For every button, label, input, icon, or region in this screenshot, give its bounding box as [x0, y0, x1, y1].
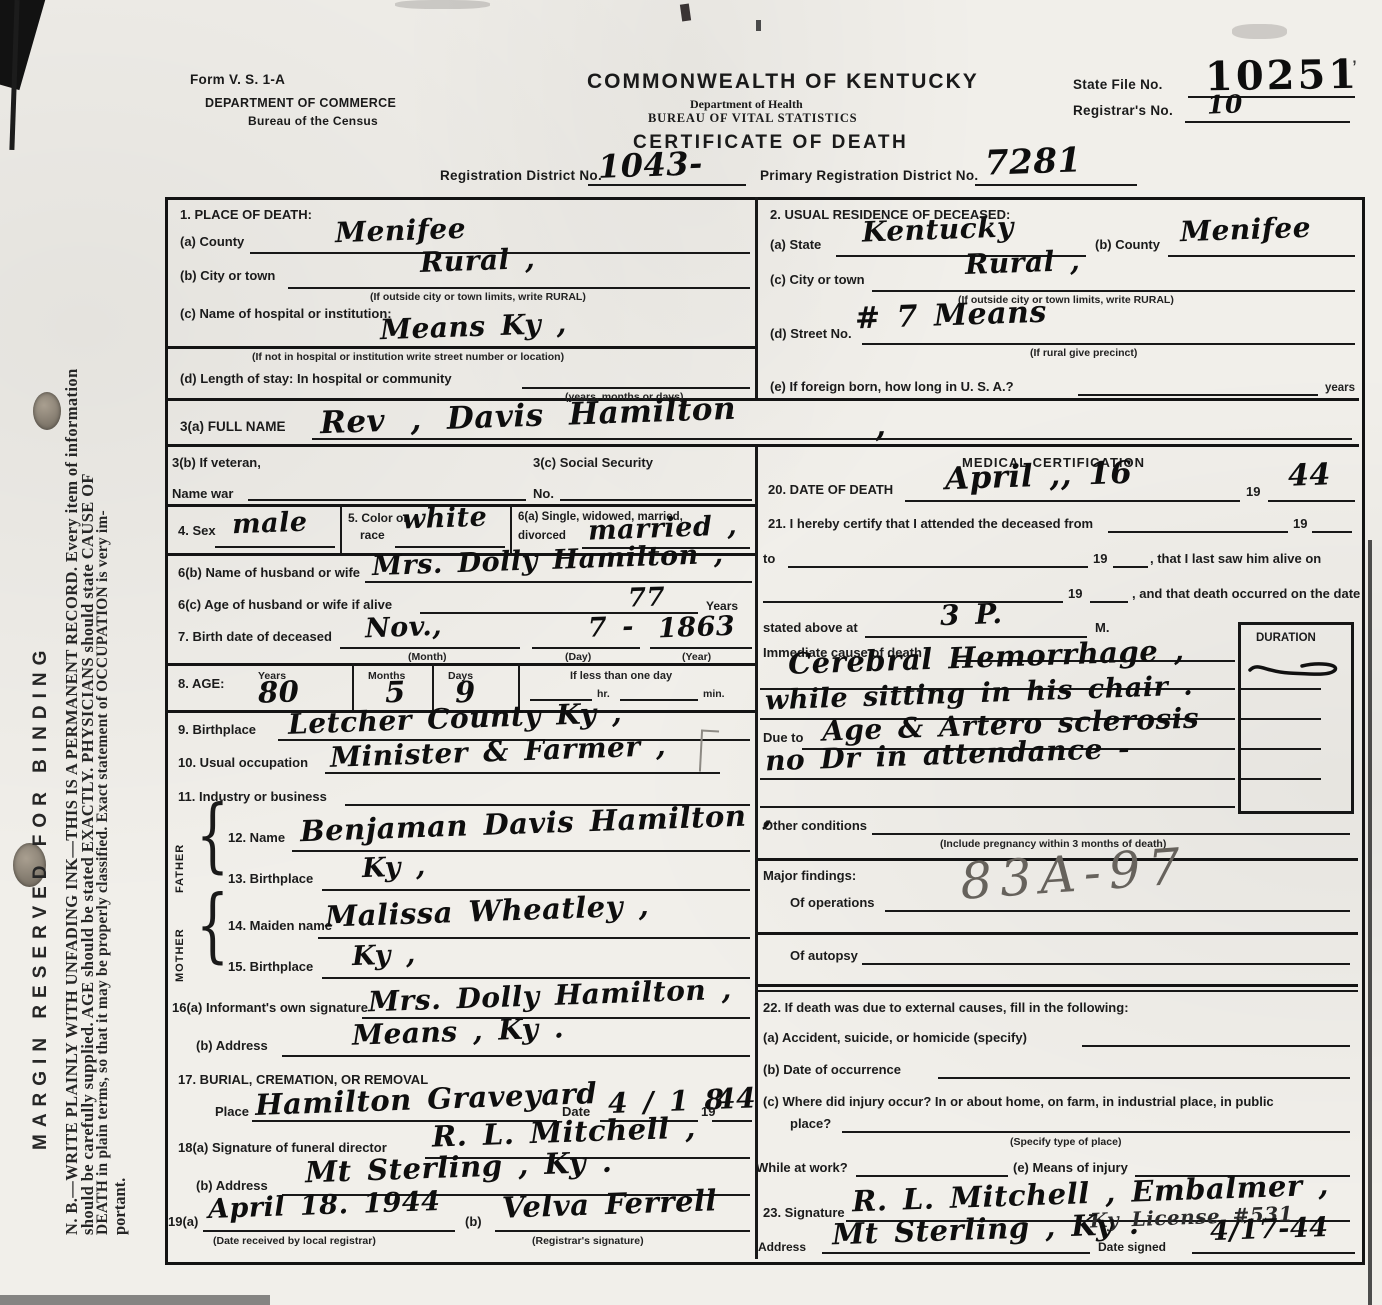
sec21-stated: stated above at [763, 620, 858, 635]
rule [203, 1230, 455, 1232]
sec21-to: to [763, 551, 775, 566]
rule [532, 647, 640, 649]
sec1a-label: (a) County [180, 234, 244, 249]
sec21-19a: 19 [1293, 516, 1307, 531]
rule [842, 1131, 1350, 1133]
rule [1078, 394, 1318, 396]
sec19b-label: (b) [465, 1214, 482, 1229]
sec1d-label: (d) Length of stay: In hospital or commu… [180, 371, 452, 386]
sec1b-label: (b) City or town [180, 268, 275, 283]
sec3a-label: 3(a) FULL NAME [180, 419, 286, 434]
sec9-label: 9. Birthplace [178, 722, 256, 737]
sec10-label: 10. Usual occupation [178, 755, 308, 770]
sec20-year-value: 44 [1287, 457, 1331, 493]
column-divider [755, 445, 758, 1259]
rule [420, 612, 698, 614]
father-brace: { [196, 790, 229, 883]
form-number: Form V. S. 1-A [190, 72, 285, 87]
sec23-date-label: Date signed [1098, 1240, 1166, 1254]
sec2d-note: (If rural give precinct) [1030, 347, 1137, 359]
sec3c-label: 3(c) Social Security [533, 455, 653, 470]
pencil-mark [699, 730, 719, 773]
sec15-label: 15. Birthplace [228, 959, 313, 974]
sec1c-note: (If not in hospital or institution write… [252, 351, 564, 363]
sec19b-note: (Registrar's signature) [532, 1235, 644, 1247]
scan-artifact [756, 20, 761, 31]
sec13-value: Ky , [361, 851, 426, 884]
mother-side-label: MOTHER [174, 928, 186, 982]
sec3c-label2: No. [533, 486, 554, 501]
mother-brace: { [196, 880, 229, 973]
rule [788, 566, 1088, 568]
sec2d-label: (d) Street No. [770, 326, 852, 341]
sec7-day-note: (Day) [565, 651, 591, 663]
sec2a-value: Kentucky [861, 210, 1014, 248]
sec22-title: 22. If death was due to external causes,… [763, 1000, 1129, 1015]
rule [318, 937, 750, 939]
sec18b-label: (b) Address [196, 1178, 268, 1193]
sec2c-value: Rural , [964, 244, 1080, 281]
sec8-label: 8. AGE: [178, 676, 224, 691]
sec5-value: white [401, 502, 487, 536]
operations-label: Of operations [790, 895, 875, 910]
sec7-month-note: (Month) [408, 651, 446, 663]
header-bureau: Bureau of the Census [248, 114, 378, 128]
father-side-label: FATHER [174, 844, 186, 893]
rule [856, 1175, 1008, 1177]
sec22c-note: (Specify type of place) [1010, 1136, 1121, 1148]
punch-hole [33, 392, 61, 430]
header-dept-health: Department of Health [690, 97, 803, 112]
sec7-year-note: (Year) [682, 651, 711, 663]
rule [885, 910, 1350, 912]
rule [1168, 255, 1355, 257]
column-divider [755, 197, 758, 400]
sec1-title: 1. PLACE OF DEATH: [180, 207, 312, 222]
rule [340, 647, 520, 649]
sec22-means-label: (e) Means of injury [1013, 1160, 1128, 1175]
scan-artifact [395, 0, 490, 9]
rule [1312, 531, 1352, 533]
sec1b-value: Rural , [419, 242, 535, 279]
rule [292, 850, 750, 852]
rule [1185, 121, 1350, 123]
rule [862, 343, 1355, 345]
sec7-day: 7 - [587, 611, 634, 644]
sec15-value: Ky , [351, 939, 416, 972]
sec20-label: 20. DATE OF DEATH [768, 482, 893, 497]
sec17-place-label: Place [215, 1104, 249, 1119]
rule [760, 806, 1235, 808]
section-rule [165, 398, 1359, 401]
sec2e-label: (e) If foreign born, how long in U. S. A… [770, 379, 1014, 394]
rule [1241, 778, 1321, 780]
cell-divider [352, 663, 354, 710]
sec23-address-label: Address [758, 1240, 806, 1254]
sec1b-note: (If outside city or town limits, write R… [370, 291, 586, 303]
other-conditions-label: Other conditions [763, 818, 867, 833]
sec5-label1: 5. Color or [348, 511, 408, 525]
sec22c-label: (c) Where did injury occur? In or about … [763, 1094, 1274, 1109]
rule [620, 699, 698, 701]
sec7-label: 7. Birth date of deceased [178, 629, 332, 644]
sec22b-label: (b) Date of occurrence [763, 1062, 901, 1077]
sec23-date-value: 4/17-44 [1209, 1212, 1329, 1247]
sec16a-label: 16(a) Informant's own signature [172, 1000, 368, 1015]
rule [1090, 601, 1128, 603]
sec3b-label2: Name war [172, 486, 233, 501]
rule [1241, 688, 1321, 690]
section-rule [165, 444, 1359, 447]
sec1c-value: Means Ky , [379, 307, 567, 346]
state-file-label: State File No. [1073, 77, 1163, 92]
scan-artifact [0, 0, 47, 90]
rule [712, 1120, 752, 1122]
sec3b-label: 3(b) If veteran, [172, 455, 261, 470]
sec22c-label2: place? [790, 1116, 831, 1131]
sec6c-label: 6(c) Age of husband or wife if alive [178, 597, 392, 612]
sec17-year-value: 44 [715, 1081, 756, 1115]
sec20-value: April ,, 16 [944, 455, 1133, 498]
rule [905, 500, 1240, 502]
sec4-label: 4. Sex [178, 523, 216, 538]
rule [760, 778, 1235, 780]
rule [872, 833, 1350, 835]
sec21-line1: 21. I hereby certify that I attended the… [768, 516, 1093, 531]
sec21-m: M. [1095, 620, 1109, 635]
rule [822, 1252, 1090, 1254]
rule [758, 990, 1358, 992]
sec21-line3-tail: , and that death occurred on the date [1132, 586, 1360, 601]
header-department: DEPARTMENT OF COMMERCE [205, 96, 396, 110]
header-vital-stats: BUREAU OF VITAL STATISTICS [648, 111, 857, 126]
rule [215, 546, 335, 548]
rule [365, 581, 752, 583]
sec22-work-label: While at work? [756, 1160, 848, 1175]
sec8-min-label: min. [703, 688, 725, 700]
sec1a-value: Menifee [334, 212, 466, 250]
sec12-label: 12. Name [228, 830, 285, 845]
rule [165, 663, 755, 666]
sec19a-note: (Date received by local registrar) [213, 1235, 376, 1247]
sec2d-value: # 7 Means [854, 295, 1047, 337]
sec4-value: male [231, 507, 308, 541]
sec5-label2: race [360, 528, 385, 542]
rule [325, 772, 720, 774]
rule [165, 346, 755, 349]
rule [650, 647, 752, 649]
sec21-19c: 19 [1068, 586, 1082, 601]
sec22a-label: (a) Accident, suicide, or homicide (spec… [763, 1030, 1027, 1045]
rule [758, 984, 1358, 987]
sec2a-label: (a) State [770, 237, 821, 252]
reg-district-label: Registration District No. [440, 168, 602, 183]
rule [1241, 748, 1321, 750]
sec21-line2-tail: , that I last saw him alive on [1150, 551, 1321, 566]
sec19a-label: 19(a) [168, 1214, 198, 1229]
sec7-month: Nov., [364, 611, 442, 645]
quote-artifact: ’ [1352, 56, 1357, 82]
cell-divider [340, 504, 342, 553]
rule [1241, 718, 1321, 720]
sec2e-suffix: years [1325, 382, 1355, 394]
duration-label: DURATION [1256, 632, 1316, 644]
rule [1268, 500, 1355, 502]
rule [862, 963, 1350, 965]
sec13-label: 13. Birthplace [228, 871, 313, 886]
rule [758, 932, 1358, 935]
scan-artifact [680, 3, 691, 21]
sec1c-label: (c) Name of hospital or institution: [180, 306, 392, 321]
sec2b-value: Menifee [1179, 211, 1311, 249]
scan-artifact [1232, 24, 1287, 39]
sec7-year: 1863 [657, 611, 735, 645]
registrar-no-label: Registrar's No. [1073, 103, 1173, 118]
duration-squiggle [1244, 658, 1344, 688]
rule [312, 438, 1352, 440]
reg-district-value: 1043- [597, 144, 703, 186]
rule [872, 290, 1355, 292]
margin-nb-note-line4: portant. [110, 1178, 130, 1235]
major-findings-label: Major findings: [763, 868, 856, 883]
sec6b-label: 6(b) Name of husband or wife [178, 565, 360, 580]
rule [1113, 566, 1148, 568]
rule [588, 184, 746, 186]
rule [495, 1230, 750, 1232]
rule [282, 1055, 750, 1057]
death-certificate-scan: MARGIN RESERVED FOR BINDING N. B.—WRITE … [0, 0, 1382, 1305]
margin-binding-note: MARGIN RESERVED FOR BINDING [30, 644, 52, 1150]
rule [938, 1077, 1350, 1079]
sec2c-label: (c) City or town [770, 272, 865, 287]
header-commonwealth: COMMONWEALTH OF KENTUCKY [587, 70, 979, 94]
autopsy-label: Of autopsy [790, 948, 858, 963]
sec21-time-value: 3 P. [939, 597, 1003, 632]
sec16b-label: (b) Address [196, 1038, 268, 1053]
scan-artifact [0, 1295, 270, 1305]
sec20-year-prefix: 19 [1246, 484, 1260, 499]
sec21-19b: 19 [1093, 551, 1107, 566]
rule [975, 184, 1137, 186]
primary-district-label: Primary Registration District No. [760, 168, 978, 183]
sec6a-label2: divorced [518, 530, 566, 542]
scan-artifact [1368, 540, 1372, 1305]
sec2b-label: (b) County [1095, 237, 1160, 252]
sec8-less-note: If less than one day [570, 670, 672, 682]
sec6c-value: 77 [627, 582, 665, 613]
rule [1192, 1252, 1355, 1254]
rule [1082, 1045, 1350, 1047]
rule [560, 499, 752, 501]
rule [1108, 531, 1288, 533]
registrar-no-value: 10 [1207, 89, 1244, 119]
sec17-year-prefix: 19 [701, 1104, 715, 1119]
margin-nb-note-line3: DEATH in plain terms, so that it may be … [94, 510, 112, 1235]
primary-district-value: 7281 [984, 140, 1082, 183]
rule [763, 601, 1063, 603]
rule [288, 287, 750, 289]
rule [522, 387, 750, 389]
rule [322, 889, 750, 891]
sec14-label: 14. Maiden name [228, 918, 332, 933]
sec8-years: 80 [257, 674, 300, 709]
